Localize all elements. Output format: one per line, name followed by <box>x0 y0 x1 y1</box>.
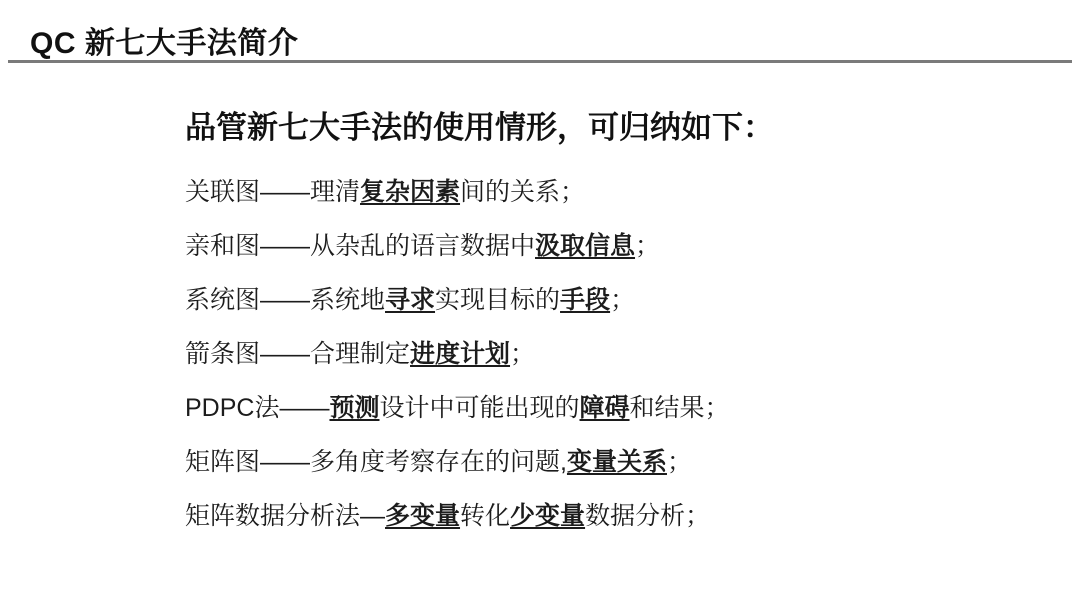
emphasized-text: 汲取信息 <box>535 232 635 260</box>
plain-text: ； <box>610 286 635 314</box>
plain-text: 设计中可能出现的 <box>379 394 579 422</box>
plain-text: 转化 <box>460 502 510 530</box>
slide: QC 新七大手法简介 品管新七大手法的使用情形，可归纳如下： 关联图——理清复杂… <box>0 0 1080 608</box>
plain-text: 和结果； <box>630 394 730 422</box>
list-item: 矩阵图——多角度考察存在的问题,变量关系； <box>185 448 1025 477</box>
emphasized-text: 少变量 <box>510 502 585 530</box>
emphasized-text: 变量关系 <box>567 448 667 476</box>
plain-text: 系统图——系统地 <box>185 286 385 314</box>
plain-text: PDPC法—— <box>185 394 329 422</box>
emphasized-text: 进度计划 <box>410 340 510 368</box>
emphasized-text: 寻求 <box>385 286 435 314</box>
emphasized-text: 预测 <box>329 394 379 422</box>
header-divider-rule <box>8 60 1072 63</box>
plain-text: 亲和图——从杂乱的语言数据中 <box>185 232 535 260</box>
plain-text: ； <box>667 448 692 476</box>
methods-list: 关联图——理清复杂因素间的关系；亲和图——从杂乱的语言数据中汲取信息；系统图——… <box>185 178 1025 531</box>
slide-body: 品管新七大手法的使用情形，可归纳如下： 关联图——理清复杂因素间的关系；亲和图—… <box>185 108 1025 556</box>
list-item: 系统图——系统地寻求实现目标的手段； <box>185 286 1025 315</box>
list-item: 关联图——理清复杂因素间的关系； <box>185 178 1025 207</box>
content-title: 品管新七大手法的使用情形，可归纳如下： <box>185 108 1025 148</box>
list-item: PDPC法——预测设计中可能出现的障碍和结果； <box>185 394 1025 423</box>
plain-text: 矩阵图——多角度考察存在的问题, <box>185 448 567 476</box>
emphasized-text: 手段 <box>560 286 610 314</box>
list-item: 亲和图——从杂乱的语言数据中汲取信息； <box>185 232 1025 261</box>
list-item: 箭条图——合理制定进度计划； <box>185 340 1025 369</box>
emphasized-text: 多变量 <box>385 502 460 530</box>
plain-text: 数据分析； <box>585 502 710 530</box>
list-item: 矩阵数据分析法—多变量转化少变量数据分析； <box>185 502 1025 531</box>
plain-text: 箭条图——合理制定 <box>185 340 410 368</box>
plain-text: ； <box>635 232 660 260</box>
slide-header-title: QC 新七大手法简介 <box>30 18 298 62</box>
plain-text: 关联图——理清 <box>185 178 360 206</box>
emphasized-text: 障碍 <box>580 394 630 422</box>
emphasized-text: 复杂因素 <box>360 178 460 206</box>
plain-text: 矩阵数据分析法— <box>185 502 385 530</box>
plain-text: 实现目标的 <box>435 286 560 314</box>
plain-text: 间的关系； <box>460 178 585 206</box>
plain-text: ； <box>510 340 535 368</box>
